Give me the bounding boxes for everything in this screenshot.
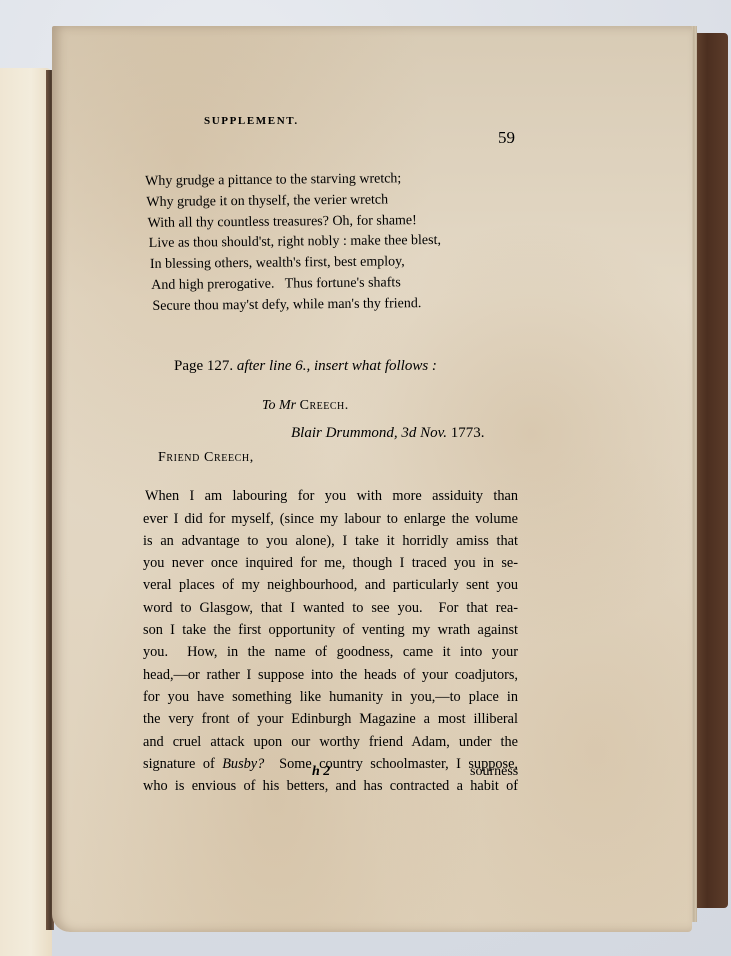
letter-body: When I am labouring for you with more as… (143, 463, 518, 797)
letter-line: who is envious of his betters, and has c… (143, 775, 518, 797)
running-head: SUPPLEMENT. (204, 115, 299, 127)
verse-line: Why grudge a pittance to the starving wr… (145, 169, 440, 193)
letter-line: ever I did for myself, (since my labour … (143, 508, 518, 530)
facing-left-page (0, 68, 52, 956)
verse-line: And high prerogative. Thus fortune's sha… (146, 273, 441, 297)
dateline-place: Blair Drummond, 3d Nov. (291, 425, 451, 441)
printer-signature-mark: h 2 (312, 764, 330, 780)
letter-line: word to Glasgow, that I wanted to see yo… (143, 597, 518, 619)
verse-block: Why grudge a pittance to the starving wr… (145, 169, 442, 318)
line-text: signature of (143, 756, 222, 772)
catchword: sourness (470, 764, 518, 780)
letter-line: head,—or rather I suppose into the heads… (143, 664, 518, 686)
letter-line: son I take the first opportunity of vent… (143, 619, 518, 641)
insert-page-ref: Page 127. (174, 358, 233, 374)
addressee-prefix: To Mr (262, 398, 300, 413)
letter-line: signature of Busby? Some country schoolm… (143, 753, 518, 775)
letter-line: is an advantage to you alone), I take it… (143, 530, 518, 552)
letter-line: and cruel attack upon our worthy friend … (143, 731, 518, 753)
letter-line: the very front of your Edinburgh Magazin… (143, 708, 518, 730)
letter-line: veral places of my neighbourhood, and pa… (143, 574, 518, 596)
verse-line: Secure thou may'st defy, while man's thy… (146, 294, 441, 318)
insert-directive: after line 6., insert what follows : (233, 358, 437, 374)
letter-addressee: To Mr Creech. (262, 398, 349, 414)
letter-line: you never once inquired for me, though I… (143, 552, 518, 574)
addressee-name: Creech. (300, 398, 349, 413)
dateline-year: 1773. (451, 425, 485, 441)
pseudonym-busby: Busby? (222, 756, 264, 772)
insert-instruction: Page 127. after line 6., insert what fol… (174, 358, 437, 375)
letter-line: When I am labouring for you with more as… (143, 485, 518, 507)
letter-line: you. How, in the name of goodness, came … (143, 641, 518, 663)
letter-line: for you have something like humanity in … (143, 686, 518, 708)
page-number: 59 (498, 128, 515, 148)
letter-dateline: Blair Drummond, 3d Nov. 1773. (291, 425, 484, 442)
